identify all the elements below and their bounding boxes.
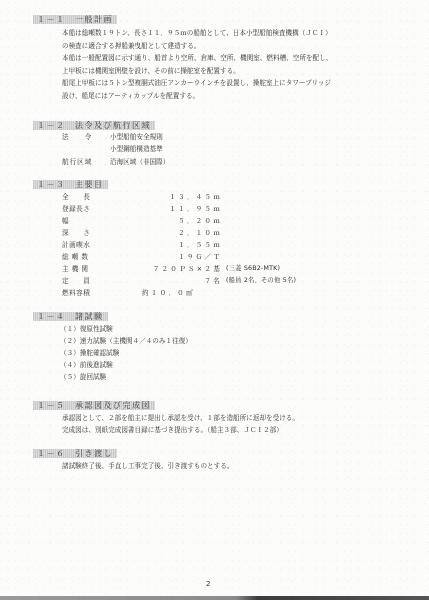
paragraph-line: 本船は総噸数１９トン、長さ１１．９５ｍの船舶として、日本小型船舶検査機構（ＪＣＩ… (62, 27, 332, 40)
paragraph-line: 船尾上甲板には５トン型複胴式油圧アンカーウインチを設置し、操舵室上にタワーブリッ… (62, 77, 331, 90)
spec-label: 主 機 関 (62, 263, 112, 275)
spec-label: 幅 (62, 215, 112, 227)
spec-label: 総 噸 数 (62, 251, 112, 263)
paragraph-line: の検査に適合する押船兼曳船として建造する。 (62, 40, 200, 53)
section-heading-1-4: １－４ 諸試験 (33, 312, 108, 321)
spec-note: (船員 2名、その他 5名) (226, 275, 296, 287)
spec-label: 全 長 (62, 191, 112, 203)
paragraph-line: 完成図は、別紙完成図書目録に基づき提出する。（船主３部、ＪＣＩ２部） (62, 424, 283, 437)
paragraph-line: 本船は一般配置図に示す通り、船首より空所、倉庫、空所、機関室、燃料槽、空所を配し… (62, 52, 332, 65)
paragraph-line: 諸試験終了後、手直し工事完了後、引き渡すものとする。 (62, 460, 233, 473)
paragraph-line: 上甲板には機関室囲壁を設け、その前に操舵室を配置する。 (62, 65, 240, 78)
page-number: 2 (206, 580, 210, 588)
paragraph-line: 設け、船尾にはアーティカップルを配置する。 (62, 90, 199, 103)
test-item: （５）旋回試験 (60, 371, 106, 383)
section-heading-1-5: １－５ 承認図及び完成図 (33, 401, 155, 410)
law-value: 小型船舶安全規則 (110, 131, 163, 143)
test-item: （１）復原性試験 (60, 323, 113, 335)
spec-label: 定 員 (62, 275, 112, 287)
test-item: （２）速力試験（主機関４／４のみ１往復） (60, 335, 192, 347)
test-item: （３）操舵確認試験 (60, 347, 119, 359)
spec-label: 深 さ (62, 227, 112, 239)
spec-label: 登録長さ (62, 203, 112, 215)
page-bottom-edge (0, 596, 429, 600)
paragraph-line: 承認図として、２部を船主に提出し承認を受け、１部を造船所に返却を受ける。 (62, 412, 299, 425)
section-heading-1-2: １－２ 法令及び航行区域 (33, 121, 155, 130)
document-page: １－１ 一般計画 本船は総噸数１９トン、長さ１１．９５ｍの船舶として、日本小型船… (0, 0, 429, 596)
section-heading-1-3: １－３ 主要目 (33, 180, 108, 189)
law-value: 沿海区域（非国際） (110, 156, 169, 168)
spec-label: 計画喫水 (62, 239, 112, 251)
spec-note: (三菱 S6B2-MTK) (226, 263, 280, 275)
law-value: 小型鋼船構造基準 (110, 143, 163, 155)
spec-label: 燃料容積 (62, 287, 112, 299)
law-label: 航行区域 (62, 156, 106, 168)
section-heading-1-1: １－１ 一般計画 (33, 15, 117, 24)
section-heading-1-6: １－６ 引き渡し (33, 449, 117, 458)
test-item: （４）前後進試験 (60, 359, 113, 371)
law-label: 法 令 (62, 131, 106, 143)
